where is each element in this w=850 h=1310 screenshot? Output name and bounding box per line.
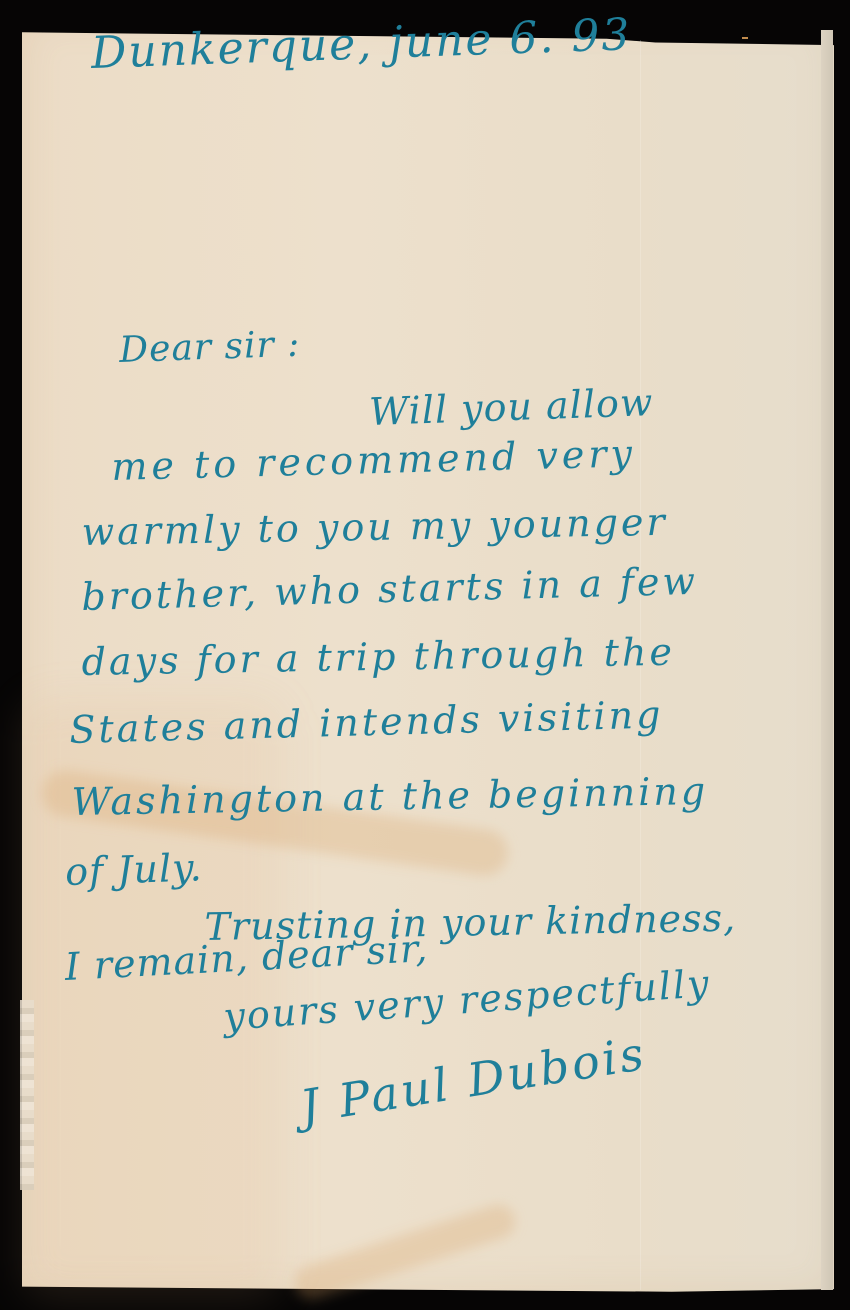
body-line: of July.	[64, 845, 203, 894]
paper-right-edge	[821, 30, 833, 1290]
torn-edge	[20, 1000, 34, 1190]
letter-scan: Dunkerque, june 6. 93 Dear sir : Will yo…	[0, 0, 850, 1310]
paper-mark	[742, 37, 748, 39]
salutation: Dear sir :	[119, 324, 301, 371]
